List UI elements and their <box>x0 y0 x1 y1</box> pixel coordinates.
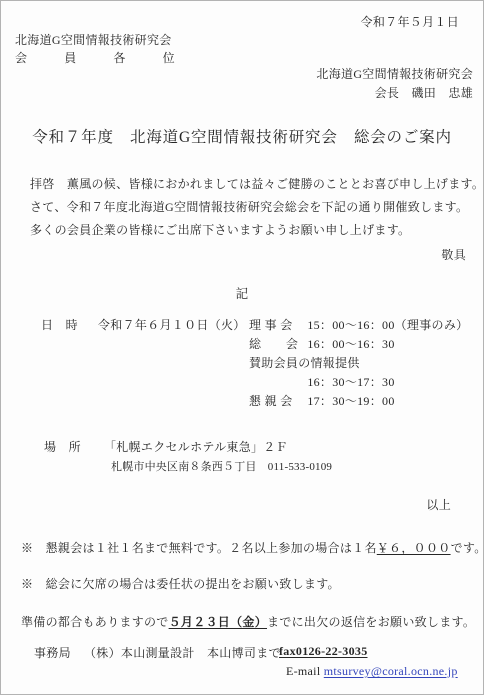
event-time: 16：00～16：30 <box>307 337 394 351</box>
office-contact-line: 事務局 （株）本山測量設計 本山博司まで fax0126-22-3035 <box>34 644 368 661</box>
body-request-line: 多くの会員企業の皆様にご出席下さいますようお願い申し上げます。 <box>30 221 410 238</box>
place-section: 場 所 「札幌エクセルホテル東急」２Ｆ 札幌市中央区南８条西５丁目 011-53… <box>44 437 332 477</box>
closing-word: 敬具 <box>441 246 466 263</box>
note-reception-fee: ※ 懇親会は１社１名まで無料です。２名以上参加の場合は１名￥６，０００です。 <box>21 539 484 556</box>
office-label: 事務局 <box>34 644 84 661</box>
email-label: E-mail <box>286 664 320 678</box>
event-time: 15：00～16：00（理事のみ） <box>307 318 468 332</box>
email-line: E-mail mtsurvey@coral.ocn.ne.jp <box>286 664 458 679</box>
place-label: 場 所 <box>44 437 104 457</box>
record-marker: 記 <box>1 284 483 302</box>
meeting-invitation-document: 令和７年５月１日 北海道G空間情報技術研究会 会 員 各 位 北海道G空間情報技… <box>0 0 484 695</box>
schedule-row-supporting-members-time: 16：30～17：30 <box>249 373 468 392</box>
end-marker: 以上 <box>426 496 451 513</box>
note-text: ※ 懇親会は１社１名まで無料です。２名以上参加の場合は１名 <box>21 541 377 555</box>
deadline-date-emphasis: ５月２３日（金） <box>169 615 267 629</box>
place-details: 「札幌エクセルホテル東急」２Ｆ 札幌市中央区南８条西５丁目 011-533-01… <box>104 437 332 477</box>
event-name: 総 会 <box>249 335 304 354</box>
reply-deadline-line: 準備の都合もありますので５月２３日（金）までに出欠の返信をお願い致します。 <box>21 613 475 630</box>
sender-organization: 北海道G空間情報技術研究会 <box>316 65 473 82</box>
event-name: 理 事 会 <box>249 316 304 335</box>
issue-date: 令和７年５月１日 <box>361 13 459 30</box>
venue-name: 「札幌エクセルホテル東急」２Ｆ <box>104 437 332 457</box>
schedule-label: 日 時 <box>41 316 98 335</box>
office-contact-person: （株）本山測量設計 本山博司まで <box>84 644 279 661</box>
body-greeting-line: 拝啓 薫風の候、皆様におかれましては益々ご健勝のこととお喜び申し上げます。 <box>30 175 484 192</box>
schedule-rows: 理 事 会 15：00～16：00（理事のみ） 総 会 16：00～16：30 … <box>249 316 468 411</box>
event-name: 賛助会員の情報提供 <box>249 356 360 370</box>
event-time: 17：30～19：00 <box>307 394 394 408</box>
email-address-link[interactable]: mtsurvey@coral.ocn.ne.jp <box>324 664 458 678</box>
schedule-row-general-meeting: 総 会 16：00～16：30 <box>249 335 468 354</box>
fax-number: fax0126-22-3035 <box>279 644 368 659</box>
event-name: 懇 親 会 <box>249 392 304 411</box>
document-title: 令和７年度 北海道G空間情報技術研究会 総会のご案内 <box>1 125 483 147</box>
addressee-organization: 北海道G空間情報技術研究会 <box>15 31 172 48</box>
fee-amount-underlined: ￥６，０００ <box>377 541 451 555</box>
note-proxy-form: ※ 総会に欠席の場合は委任状の提出をお願い致します。 <box>21 575 340 592</box>
schedule-row-supporting-members-info: 賛助会員の情報提供 <box>249 354 468 373</box>
schedule-section: 日 時 令和７年６月１０日（火） 理 事 会 15：00～16：00（理事のみ）… <box>41 316 468 411</box>
deadline-text: までに出欠の返信をお願い致します。 <box>267 615 475 629</box>
note-text: です。 <box>451 541 484 555</box>
sender-chairman-name: 会長 磯田 忠雄 <box>375 84 473 101</box>
schedule-date: 令和７年６月１０日（火） <box>98 316 249 335</box>
body-announcement-line: さて、令和７年度北海道G空間情報技術研究会総会を下記の通り開催致します。 <box>30 198 468 215</box>
venue-address: 札幌市中央区南８条西５丁目 011-533-0109 <box>111 457 332 477</box>
deadline-text: 準備の都合もありますので <box>21 615 169 629</box>
event-time: 16：30～17：30 <box>307 375 394 389</box>
schedule-row-board-meeting: 理 事 会 15：00～16：00（理事のみ） <box>249 316 468 335</box>
addressee-salutation: 会 員 各 位 <box>15 49 175 66</box>
schedule-row-reception: 懇 親 会 17：30～19：00 <box>249 392 468 411</box>
